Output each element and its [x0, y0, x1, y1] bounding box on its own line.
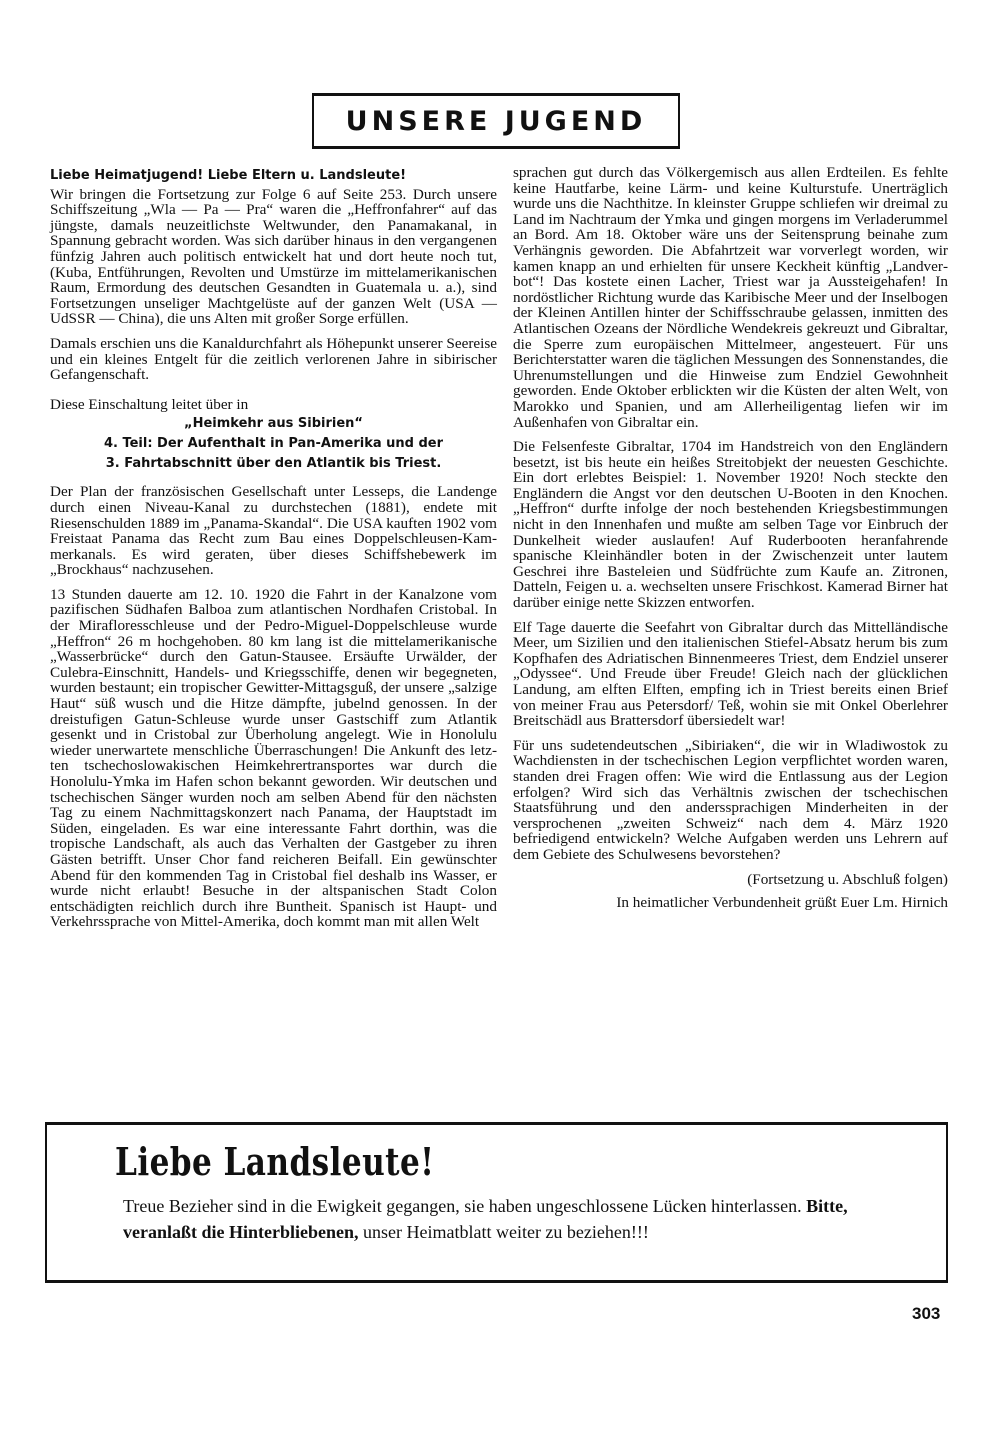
story-paragraph: Für uns sudetendeutschen „Sibiriaken“, d… [513, 738, 948, 863]
intro-paragraph: Damals erschien uns die Kanaldurchfahrt … [50, 336, 497, 383]
section-title-box: UNSERE JUGEND [312, 93, 680, 149]
part-title-line-1: 4. Teil: Der Aufenthalt in Pan-Amerika u… [50, 434, 497, 454]
transition-line: Diese Einschaltung leitet über in [50, 397, 497, 413]
notice-text-end: unser Heimat­blatt weiter zu beziehen!!! [359, 1222, 649, 1242]
greeting: Liebe Heimatjugend! Liebe Eltern u. Land… [50, 168, 497, 184]
left-column: Liebe Heimatjugend! Liebe Eltern u. Land… [50, 168, 497, 939]
notice-box: Liebe Landsleute! Treue Bezieher sind in… [45, 1122, 948, 1283]
page-number: 303 [912, 1304, 940, 1324]
series-heading: „Heimkehr aus Sibirien“ 4. Teil: Der Auf… [50, 414, 497, 474]
notice-text: Treue Bezieher sind in die Ewigkeit gega… [123, 1196, 806, 1216]
right-column: sprachen gut durch das Völkergemisch aus… [513, 165, 948, 920]
story-paragraph: sprachen gut durch das Völkergemisch aus… [513, 165, 948, 430]
story-paragraph: Der Plan der französischen Gesellschaft … [50, 484, 497, 578]
story-paragraph: Elf Tage dauerte die Seefahrt von Gibral… [513, 620, 948, 729]
section-title: UNSERE JUGEND [346, 106, 647, 137]
series-title: „Heimkehr aus Sibirien“ [50, 414, 497, 434]
story-paragraph: 13 Stunden dauerte am 12. 10. 1920 die F… [50, 587, 497, 930]
intro-paragraph: Wir bringen die Fortsetzung zur Folge 6 … [50, 187, 497, 327]
part-title-line-2: 3. Fahrtabschnitt über den Atlantik bis … [50, 454, 497, 474]
notice-body: Treue Bezieher sind in die Ewigkeit gega… [123, 1193, 883, 1245]
continuation-note: (Fortsetzung u. Abschluß folgen) [513, 872, 948, 888]
signoff: In heimatlicher Verbundenheit grüßt Euer… [513, 895, 948, 911]
story-paragraph: Die Felsenfeste Gibraltar, 1704 im Hands… [513, 439, 948, 611]
notice-title: Liebe Landsleute! [115, 1139, 434, 1184]
